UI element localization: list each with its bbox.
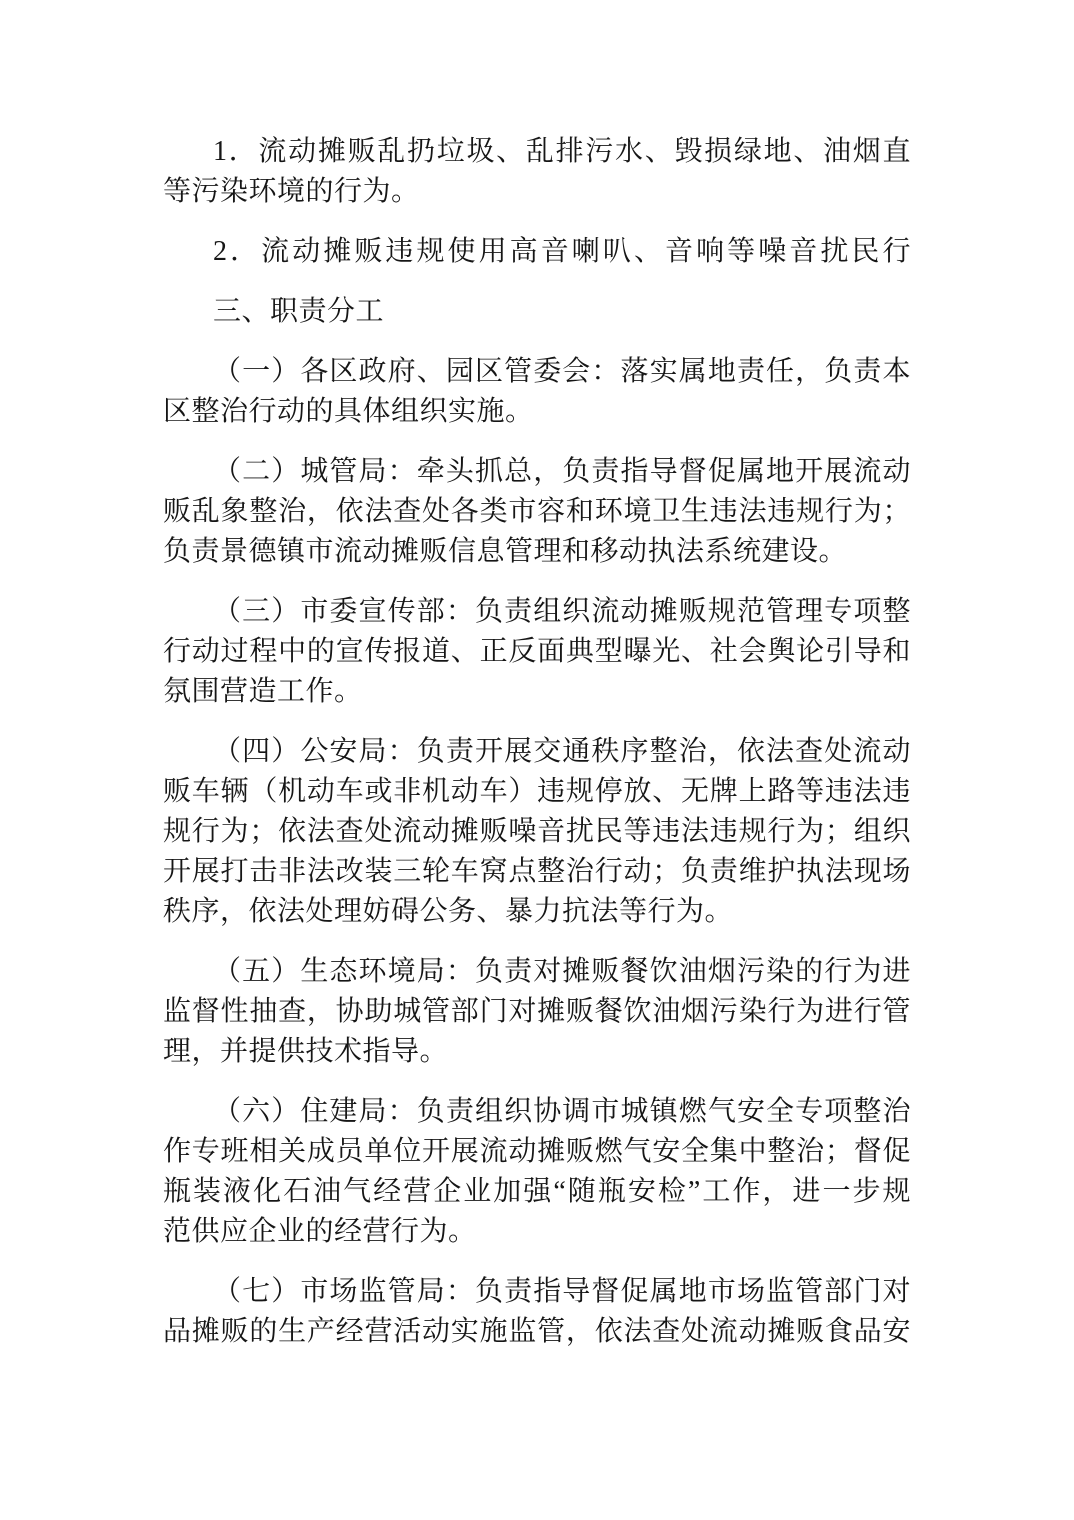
text-line: 贩车辆（机动车或非机动车）违规停放、无牌上路等违法违 (163, 772, 911, 812)
text-line: 监督性抽查，协助城管部门对摊贩餐饮油烟污染行为进行管 (163, 992, 911, 1032)
document-body: 1．流动摊贩乱扔垃圾、乱排污水、毁损绿地、油烟直排等污染环境的行为。2．流动摊贩… (163, 132, 911, 1372)
text-line: 氛围营造工作。 (163, 672, 911, 712)
duty-item-6: （六）住建局：负责组织协调市城镇燃气安全专项整治工作专班相关成员单位开展流动摊贩… (163, 1092, 911, 1252)
text-line: （一）各区政府、园区管委会：落实属地责任，负责本辖 (163, 352, 911, 392)
section-heading: 三、职责分工 (163, 292, 911, 332)
text-line: 瓶装液化石油气经营企业加强“随瓶安检”工作，进一步规 (163, 1172, 911, 1212)
text-line: 品摊贩的生产经营活动实施监管，依法查处流动摊贩食品安 (163, 1312, 911, 1352)
text-line: 理，并提供技术指导。 (163, 1032, 911, 1072)
text-line: （二）城管局：牵头抓总，负责指导督促属地开展流动摊 (163, 452, 911, 492)
text-line: 三、职责分工 (163, 292, 911, 332)
text-line: 负责景德镇市流动摊贩信息管理和移动执法系统建设。 (163, 532, 911, 572)
text-line: （三）市委宣传部：负责组织流动摊贩规范管理专项整治 (163, 592, 911, 632)
text-line: 1．流动摊贩乱扔垃圾、乱排污水、毁损绿地、油烟直排 (163, 132, 911, 172)
numbered-item-1: 1．流动摊贩乱扔垃圾、乱排污水、毁损绿地、油烟直排等污染环境的行为。 (163, 132, 911, 212)
duty-item-3: （三）市委宣传部：负责组织流动摊贩规范管理专项整治行动过程中的宣传报道、正反面典… (163, 592, 911, 712)
text-line: 贩乱象整治，依法查处各类市容和环境卫生违法违规行为； (163, 492, 911, 532)
text-line: 秩序，依法处理妨碍公务、暴力抗法等行为。 (163, 892, 911, 932)
duty-item-4: （四）公安局：负责开展交通秩序整治，依法查处流动摊贩车辆（机动车或非机动车）违规… (163, 732, 911, 932)
text-line: （七）市场监管局：负责指导督促属地市场监管部门对食 (163, 1272, 911, 1312)
text-line: 2．流动摊贩违规使用高音喇叭、音响等噪音扰民行为。 (163, 232, 911, 272)
duty-item-5: （五）生态环境局：负责对摊贩餐饮油烟污染的行为进行监督性抽查，协助城管部门对摊贩… (163, 952, 911, 1072)
text-line: 开展打击非法改装三轮车窝点整治行动；负责维护执法现场 (163, 852, 911, 892)
duty-item-7: （七）市场监管局：负责指导督促属地市场监管部门对食品摊贩的生产经营活动实施监管，… (163, 1272, 911, 1352)
numbered-item-2: 2．流动摊贩违规使用高音喇叭、音响等噪音扰民行为。 (163, 232, 911, 272)
text-line: 范供应企业的经营行为。 (163, 1212, 911, 1252)
document-page: 1．流动摊贩乱扔垃圾、乱排污水、毁损绿地、油烟直排等污染环境的行为。2．流动摊贩… (0, 0, 1074, 1520)
duty-item-2: （二）城管局：牵头抓总，负责指导督促属地开展流动摊贩乱象整治，依法查处各类市容和… (163, 452, 911, 572)
text-line: 区整治行动的具体组织实施。 (163, 392, 911, 432)
text-line: 规行为；依法查处流动摊贩噪音扰民等违法违规行为；组织 (163, 812, 911, 852)
text-line: 等污染环境的行为。 (163, 172, 911, 212)
duty-item-1: （一）各区政府、园区管委会：落实属地责任，负责本辖区整治行动的具体组织实施。 (163, 352, 911, 432)
text-line: （六）住建局：负责组织协调市城镇燃气安全专项整治工 (163, 1092, 911, 1132)
text-line: 作专班相关成员单位开展流动摊贩燃气安全集中整治；督促 (163, 1132, 911, 1172)
text-line: （四）公安局：负责开展交通秩序整治，依法查处流动摊 (163, 732, 911, 772)
text-line: 行动过程中的宣传报道、正反面典型曝光、社会舆论引导和 (163, 632, 911, 672)
text-line: （五）生态环境局：负责对摊贩餐饮油烟污染的行为进行 (163, 952, 911, 992)
